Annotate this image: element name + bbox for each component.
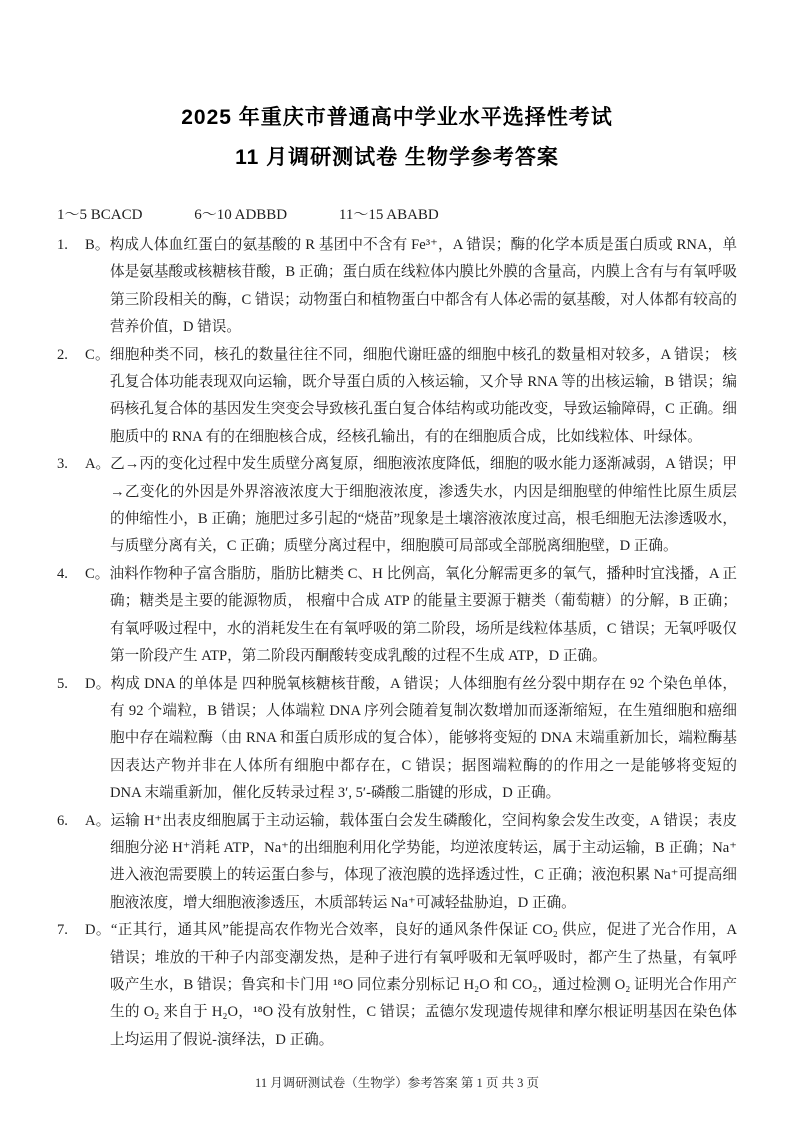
answer-explanation: 油料作物种子富含脂肪，脂肪比糖类 C、H 比例高，氧化分解需更多的氧气，播种时宜… bbox=[109, 566, 737, 664]
answer-item-6: 6.A。运输 H⁺出表皮细胞属于主动运输，载体蛋白会发生磷酸化，空间构象会发生改… bbox=[57, 808, 737, 918]
answer-letter: C。 bbox=[85, 347, 110, 363]
answer-summary-group-2: 6～10 ADBBD bbox=[194, 207, 287, 223]
answer-summary: 1～5 BCACD 6～10 ADBBD 11～15 ABABD bbox=[57, 202, 737, 229]
question-number: 3. bbox=[57, 451, 85, 478]
answer-item-1: 1.B。构成人体血红蛋白的氨基酸的 R 基团中不含有 Fe³⁺，A 错误；酶的化… bbox=[57, 232, 737, 342]
answer-letter: C。 bbox=[85, 566, 109, 582]
answer-explanation: “正其行，通其风”能提高农作物光合效率，良好的通风条件保证 CO₂ 供应，促进了… bbox=[110, 922, 737, 1048]
answer-item-3: 3.A。乙→丙的变化过程中发生质壁分离复原，细胞液浓度降低，细胞的吸水能力逐渐减… bbox=[57, 451, 737, 561]
answer-explanation: 构成人体血红蛋白的氨基酸的 R 基团中不含有 Fe³⁺，A 错误；酶的化学本质是… bbox=[110, 237, 737, 335]
question-number: 6. bbox=[57, 808, 85, 835]
answer-item-5: 5.D。构成 DNA 的单体是 四种脱氧核糖核苷酸，A 错误；人体细胞有丝分裂中… bbox=[57, 671, 737, 808]
question-number: 4. bbox=[57, 561, 85, 588]
question-number: 2. bbox=[57, 342, 85, 369]
answer-explanation: 乙→丙的变化过程中发生质壁分离复原，细胞液浓度降低，细胞的吸水能力逐渐减弱，A … bbox=[110, 456, 737, 554]
answer-summary-group-1: 1～5 BCACD bbox=[57, 207, 142, 223]
answer-letter: B。 bbox=[85, 237, 110, 253]
document-title-line1: 2025 年重庆市普通高中学业水平选择性考试 bbox=[57, 98, 737, 138]
answer-explanation: 构成 DNA 的单体是 四种脱氧核糖核苷酸，A 错误；人体细胞有丝分裂中期存在 … bbox=[110, 676, 737, 802]
answer-item-4: 4.C。油料作物种子富含脂肪，脂肪比糖类 C、H 比例高，氧化分解需更多的氧气，… bbox=[57, 561, 737, 671]
question-number: 1. bbox=[57, 232, 85, 259]
document-title-line2: 11 月调研测试卷 生物学参考答案 bbox=[57, 138, 737, 178]
answer-items-list: 1.B。构成人体血红蛋白的氨基酸的 R 基团中不含有 Fe³⁺，A 错误；酶的化… bbox=[57, 232, 737, 1054]
page-footer: 11 月调研测试卷（生物学）参考答案 第 1 页 共 3 页 bbox=[0, 1073, 794, 1091]
question-number: 5. bbox=[57, 671, 85, 698]
answer-item-2: 2.C。细胞种类不同，核孔的数量往往不同，细胞代谢旺盛的细胞中核孔的数量相对较多… bbox=[57, 342, 737, 452]
answer-letter: A。 bbox=[85, 813, 111, 829]
question-number: 7. bbox=[57, 917, 85, 944]
answer-explanation: 运输 H⁺出表皮细胞属于主动运输，载体蛋白会发生磷酸化，空间构象会发生改变，A … bbox=[110, 813, 737, 911]
answer-item-7: 7.D。“正其行，通其风”能提高农作物光合效率，良好的通风条件保证 CO₂ 供应… bbox=[57, 917, 737, 1054]
document-page: 2025 年重庆市普通高中学业水平选择性考试 11 月调研测试卷 生物学参考答案… bbox=[0, 0, 794, 1123]
answer-summary-group-3: 11～15 ABABD bbox=[339, 207, 439, 223]
answer-explanation: 细胞种类不同，核孔的数量往往不同，细胞代谢旺盛的细胞中核孔的数量相对较多，A 错… bbox=[110, 347, 737, 445]
answer-letter: D。 bbox=[85, 922, 111, 938]
answer-letter: A。 bbox=[85, 456, 110, 472]
answer-letter: D。 bbox=[85, 676, 111, 692]
